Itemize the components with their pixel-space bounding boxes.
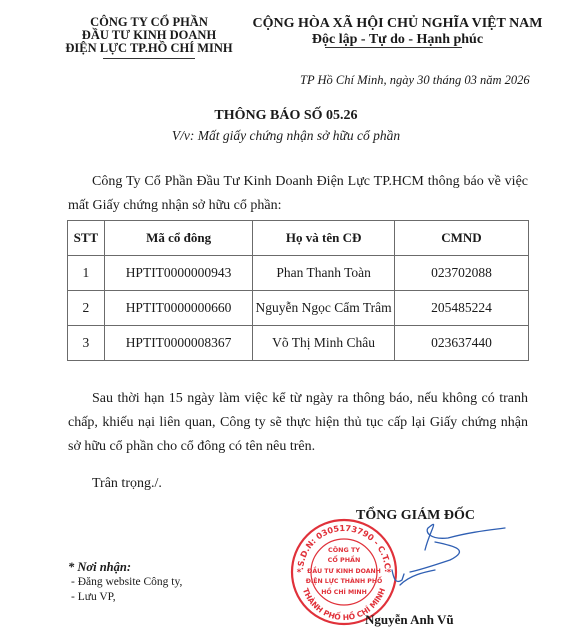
document-title: THÔNG BÁO SỐ 05.26 — [0, 108, 572, 124]
document-subject: V/v: Mất giấy chứng nhận sở hữu cổ phần — [0, 128, 572, 144]
handwritten-signature-icon — [330, 520, 530, 600]
cell-stt: 2 — [68, 291, 105, 326]
intro-paragraph: Công Ty Cổ Phần Đầu Tư Kinh Doanh Điện L… — [68, 170, 528, 218]
intro-text: Công Ty Cổ Phần Đầu Tư Kinh Doanh Điện L… — [68, 174, 528, 213]
nation-title: CỘNG HÒA XÃ HỘI CHỦ NGHĨA VIỆT NAM — [250, 16, 545, 32]
closing-paragraph: Trân trọng./. — [68, 472, 528, 496]
motto-underline — [325, 47, 462, 48]
recipients-block: * Nơi nhận: - Đăng website Công ty, - Lư… — [68, 560, 182, 605]
closing-text: Trân trọng./. — [92, 476, 162, 491]
company-underline — [103, 58, 195, 59]
header-stt: STT — [68, 221, 105, 256]
company-line-3: ĐIỆN LỰC TP.HỒ CHÍ MINH — [60, 42, 238, 55]
cell-shareholder-code: HPTIT0000000660 — [104, 291, 252, 326]
signatory-title: TỔNG GIÁM ĐỐC — [356, 508, 526, 524]
cell-id-number: 023637440 — [394, 326, 528, 361]
national-header: CỘNG HÒA XÃ HỘI CHỦ NGHĨA VIỆT NAM Độc l… — [250, 16, 545, 48]
date-line: TP Hồ Chí Minh, ngày 30 tháng 03 năm 202… — [300, 73, 530, 88]
header-id-number: CMND — [394, 221, 528, 256]
body-paragraph: Sau thời hạn 15 ngày làm việc kể từ ngày… — [68, 387, 528, 459]
table-row: 2 HPTIT0000000660 Nguyễn Ngọc Cẩm Trâm 2… — [68, 291, 529, 326]
svg-text:*: * — [297, 568, 302, 578]
table-header-row: STT Mã cổ đông Họ và tên CĐ CMND — [68, 221, 529, 256]
company-header: CÔNG TY CỔ PHẦN ĐẦU TƯ KINH DOANH ĐIỆN L… — [60, 16, 238, 55]
body-text: Sau thời hạn 15 ngày làm việc kể từ ngày… — [68, 391, 528, 454]
cell-shareholder-code: HPTIT0000008367 — [104, 326, 252, 361]
header-shareholder-code: Mã cổ đông — [104, 221, 252, 256]
cell-stt: 1 — [68, 256, 105, 291]
cell-full-name: Võ Thị Minh Châu — [253, 326, 395, 361]
cell-id-number: 023702088 — [394, 256, 528, 291]
national-motto: Độc lập - Tự do - Hạnh phúc — [250, 32, 545, 48]
recipient-item: - Đăng website Công ty, — [68, 575, 182, 590]
cell-full-name: Phan Thanh Toàn — [253, 256, 395, 291]
table-row: 1 HPTIT0000000943 Phan Thanh Toàn 023702… — [68, 256, 529, 291]
cell-id-number: 205485224 — [394, 291, 528, 326]
recipients-label: * Nơi nhận: — [68, 560, 182, 575]
header-full-name: Họ và tên CĐ — [253, 221, 395, 256]
cell-stt: 3 — [68, 326, 105, 361]
recipient-item: - Lưu VP, — [68, 590, 182, 605]
cell-full-name: Nguyễn Ngọc Cẩm Trâm — [253, 291, 395, 326]
cell-shareholder-code: HPTIT0000000943 — [104, 256, 252, 291]
signatory-name: Nguyễn Anh Vũ — [365, 612, 454, 628]
table-row: 3 HPTIT0000008367 Võ Thị Minh Châu 02363… — [68, 326, 529, 361]
shareholder-table: STT Mã cổ đông Họ và tên CĐ CMND 1 HPTIT… — [67, 220, 529, 361]
